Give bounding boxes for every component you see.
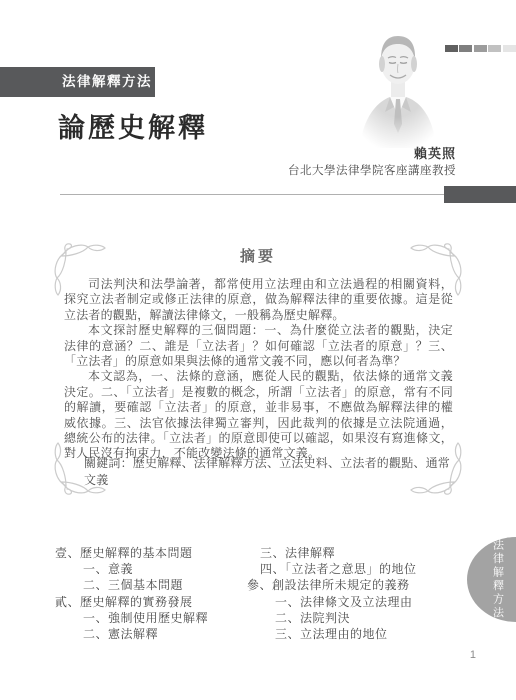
deco-square-5: [503, 45, 516, 52]
toc-item: 二、憲法解釋: [55, 626, 208, 642]
toc-item: 四、「立法者之意思」的地位: [247, 561, 417, 577]
category-label: 法律解釋方法: [0, 67, 155, 97]
toc-item: 二、三個基本問題: [55, 577, 208, 593]
toc-item: 貳、歷史解釋的實務發展: [55, 594, 208, 610]
abstract-heading: 摘要: [0, 245, 516, 266]
section-side-tab: 法律解釋方法: [467, 537, 516, 622]
abstract-paragraph-1: 司法判決和法學論著，都常使用立法理由和立法過程的相關資料，探究立法者制定或修正法…: [64, 277, 453, 323]
toc-item: 一、意義: [55, 561, 208, 577]
header-rule: [60, 194, 445, 195]
toc-item: 三、立法理由的地位: [247, 626, 417, 642]
deco-square-1: [445, 45, 458, 52]
toc-item: 一、強制使用歷史解釋: [55, 610, 208, 626]
abstract-paragraph-2: 本文探討歷史解釋的三個問題：一、為什麼從立法者的觀點，決定法律的意涵？二、誰是「…: [64, 323, 453, 369]
toc-left-column: 壹、歷史解釋的基本問題 一、意義 二、三個基本問題 貳、歷史解釋的實務發展 一、…: [55, 545, 208, 642]
section-side-tab-label: 法律解釋方法: [490, 539, 506, 620]
keywords-line: 關鍵詞：歷史解釋、法律解釋方法、立法史料、立法者的觀點、通常文義: [84, 454, 456, 488]
toc-item: 二、法院判決: [247, 610, 417, 626]
header-accent-block: [444, 186, 516, 203]
deco-square-4: [488, 45, 501, 52]
toc-item: 一、法律條文及立法理由: [247, 594, 417, 610]
abstract-paragraph-3: 本文認為，一、法條的意涵，應從人民的觀點，依法條的通常文義決定。二、「立法者」是…: [64, 369, 453, 461]
author-name: 賴英照: [414, 143, 456, 162]
toc-item: 壹、歷史解釋的基本問題: [55, 545, 208, 561]
deco-square-2: [459, 45, 472, 52]
article-title: 論歷史解釋: [58, 106, 208, 145]
deco-square-3: [474, 45, 487, 52]
toc-item: 參、創設法律所未規定的義務: [247, 577, 417, 593]
author-photo: [352, 26, 444, 148]
author-affiliation: 台北大學法律學院客座講座教授: [288, 162, 456, 178]
deco-squares: [445, 45, 516, 52]
toc-item: 三、法律解釋: [247, 545, 417, 561]
toc-right-column: 三、法律解釋 四、「立法者之意思」的地位 參、創設法律所未規定的義務 一、法律條…: [247, 545, 417, 642]
abstract-body: 司法判決和法學論著，都常使用立法理由和立法過程的相關資料，探究立法者制定或修正法…: [64, 277, 453, 462]
page-number: 1: [470, 649, 476, 661]
